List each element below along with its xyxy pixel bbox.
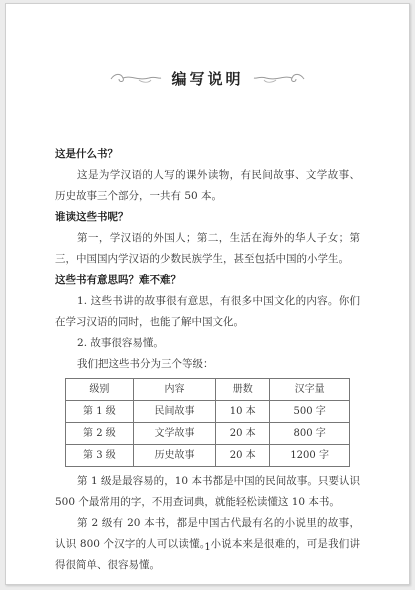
page-number: 1 [6,542,409,553]
cell-volumes: 20 本 [216,445,270,467]
paragraph-who: 第一，学汉语的外国人；第二，生活在海外的华人子女；第三，中国国内学汉语的少数民族… [55,228,360,270]
cell-level: 第 1 级 [66,401,134,423]
levels-table: 级别 内容 册数 汉字量 第 1 级 民间故事 10 本 500 字 第 2 级… [65,378,350,467]
table-header-row: 级别 内容 册数 汉字量 [66,379,350,401]
paragraph-point-2: 2. 故事很容易懂。 [55,333,360,354]
flourish-right-icon [252,71,306,85]
cell-volumes: 10 本 [216,401,270,423]
cell-content: 文学故事 [133,423,215,445]
cell-content: 历史故事 [133,445,215,467]
cell-content: 民间故事 [133,401,215,423]
cell-level: 第 3 级 [66,445,134,467]
cell-level: 第 2 级 [66,423,134,445]
header-volumes: 册数 [216,379,270,401]
paragraph-point-1: 1. 这些书讲的故事很有意思，有很多中国文化的内容。你们在学习汉语的同时，也能了… [55,291,360,333]
document-body: 这是什么书？ 这是为学汉语的人写的课外读物，有民间故事、文学故事、历史故事三个部… [55,144,360,576]
cell-characters: 800 字 [270,423,350,445]
document-page: 编写说明 这是什么书？ 这是为学汉语的人写的课外读物，有民间故事、文学故事、历史… [5,3,410,585]
section-heading-interest: 这些书有意思吗？难不难？ [55,270,360,291]
paragraph-what: 这是为学汉语的人写的课外读物，有民间故事、文学故事、历史故事三个部分，一共有 5… [55,165,360,207]
section-heading-what: 这是什么书？ [55,144,360,165]
header-level: 级别 [66,379,134,401]
header-content: 内容 [133,379,215,401]
section-heading-who: 谁读这些书呢？ [55,207,360,228]
title-block: 编写说明 [6,66,409,90]
cell-characters: 1200 字 [270,445,350,467]
paragraph-level-1: 第 1 级是最容易的，10 本书都是中国的民间故事。只要认识 500 个最常用的… [55,471,360,513]
header-characters: 汉字量 [270,379,350,401]
cell-characters: 500 字 [270,401,350,423]
document-title: 编写说明 [171,68,243,89]
table-row: 第 2 级 文学故事 20 本 800 字 [66,423,350,445]
table-row: 第 1 级 民间故事 10 本 500 字 [66,401,350,423]
paragraph-table-intro: 我们把这些书分为三个等级： [55,354,360,375]
flourish-left-icon [109,71,163,85]
cell-volumes: 20 本 [216,423,270,445]
table-row: 第 3 级 历史故事 20 本 1200 字 [66,445,350,467]
